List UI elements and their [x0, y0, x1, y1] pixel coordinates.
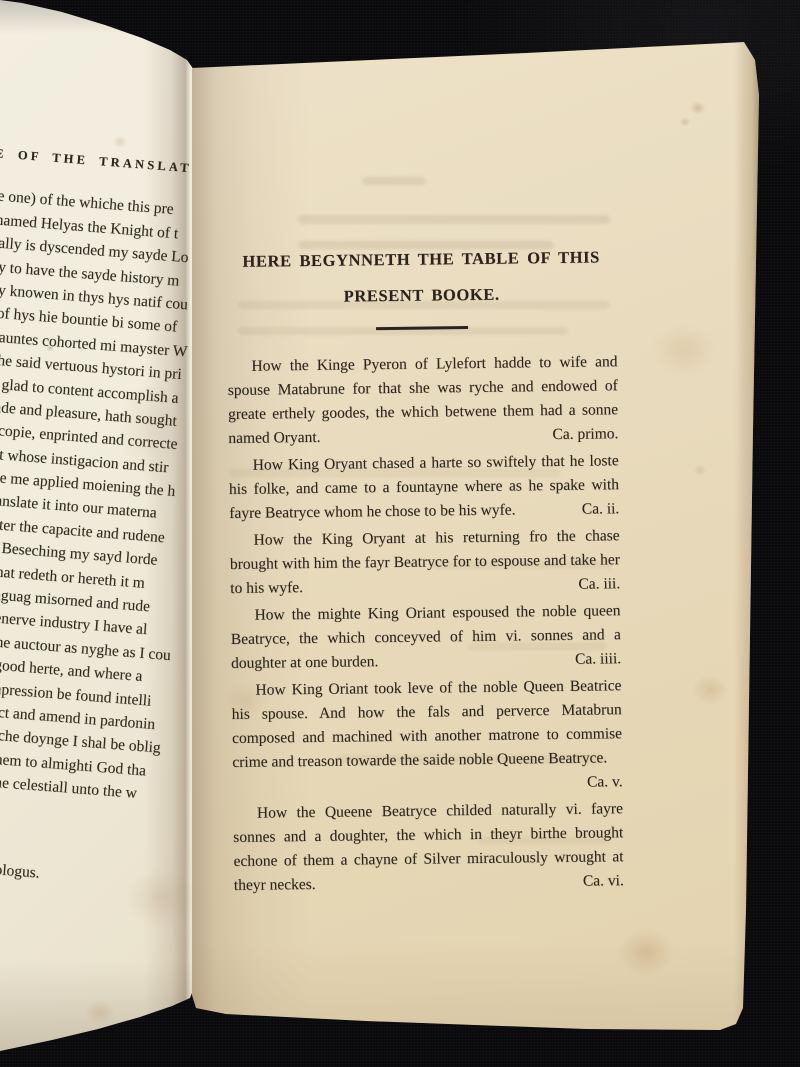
toc-entry-text: How King Oriant took leve of the noble Q…	[232, 677, 622, 771]
chapter-ref: Ca. primo.	[542, 422, 618, 447]
left-page-explicit-prologus: xplicit prologus.	[0, 854, 185, 896]
toc-entry-text: How the Queene Beatryce childed naturall…	[233, 800, 623, 894]
toc-heading: HERE BEGYNNETH THE TABLE OF THIS PRESENT…	[226, 239, 617, 316]
chapter-ref: Ca. iii.	[568, 572, 620, 597]
toc-heading-line2: PRESENT BOOKE.	[226, 275, 616, 316]
toc-entry: How the mighte King Oriant espoused the …	[230, 599, 621, 676]
left-page: E OF THE TRANSLATOUR. ve one) of the whi…	[0, 0, 195, 1067]
left-page-amen: Amen.	[0, 802, 189, 844]
toc-entry-text: How King Oryant chased a harte so swifte…	[229, 452, 619, 522]
toc-entry: How the King Oryant at his returning fro…	[229, 524, 620, 601]
toc-entry-text: How the King Oryant at his returning fro…	[230, 527, 620, 597]
table-of-contents: HERE BEGYNNETH THE TABLE OF THIS PRESENT…	[226, 239, 624, 901]
chapter-ref: Ca. iiii.	[565, 647, 621, 672]
chapter-ref: Ca. v.	[577, 770, 623, 795]
chapter-ref: Ca. ii.	[572, 497, 620, 522]
chapter-ref: Ca. vi.	[573, 869, 624, 894]
toc-entry: How the Kinge Pyeron of Lylefort hadde t…	[227, 350, 618, 451]
toc-entry: How King Oryant chased a harte so swifte…	[229, 449, 620, 526]
heading-rule	[376, 326, 468, 330]
toc-entry: How the Queene Beatryce childed naturall…	[233, 797, 624, 898]
show-through-smudge	[298, 215, 610, 224]
right-page: HERE BEGYNNETH THE TABLE OF THIS PRESENT…	[186, 0, 770, 1067]
photo-frame: E OF THE TRANSLATOUR. ve one) of the whi…	[0, 0, 800, 1067]
toc-entries: How the Kinge Pyeron of Lylefort hadde t…	[227, 350, 624, 898]
show-through-smudge	[362, 177, 426, 186]
toc-heading-line1: HERE BEGYNNETH THE TABLE OF THIS	[226, 239, 616, 280]
toc-entry: How King Oriant took leve of the noble Q…	[231, 674, 622, 799]
toc-entry-text: How the mighte King Oriant espoused the …	[231, 602, 621, 672]
